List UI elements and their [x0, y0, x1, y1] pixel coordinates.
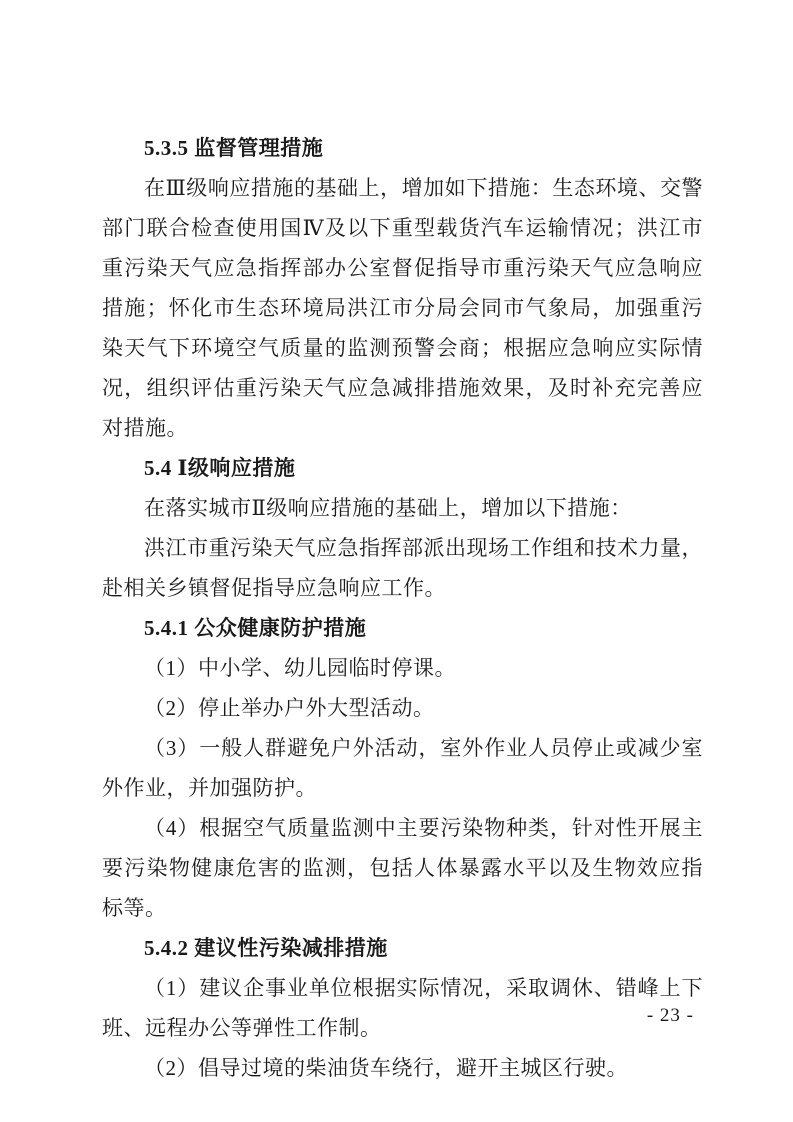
paragraph-level1-workgroup: 洪江市重污染天气应急指挥部派出现场工作组和技术力量，赴相关乡镇督促指导应急响应工… [102, 528, 703, 608]
page-number: - 23 - [647, 1003, 694, 1029]
paragraph-level1-intro: 在落实城市Ⅱ级响应措施的基础上，增加以下措施： [102, 488, 703, 528]
paragraph-health-item-3: （3）一般人群避免户外活动，室外作业人员停止或减少室外作业，并加强防护。 [102, 728, 703, 808]
section-heading-5-4-2: 5.4.2 建议性污染减排措施 [102, 928, 703, 968]
section-heading-5-4: 5.4 Ⅰ级响应措施 [102, 448, 703, 488]
paragraph-health-item-1: （1）中小学、幼儿园临时停课。 [102, 648, 703, 688]
paragraph-health-item-4: （4）根据空气质量监测中主要污染物种类，针对性开展主要污染物健康危害的监测，包括… [102, 808, 703, 928]
paragraph-emission-item-2: （2）倡导过境的柴油货车绕行，避开主城区行驶。 [102, 1048, 703, 1088]
section-heading-5-4-1: 5.4.1 公众健康防护措施 [102, 608, 703, 648]
section-heading-5-3-5: 5.3.5 监督管理措施 [102, 128, 703, 168]
paragraph-emission-item-1: （1）建议企事业单位根据实际情况，采取调休、错峰上下班、远程办公等弹性工作制。 [102, 968, 703, 1048]
paragraph-health-item-2: （2）停止举办户外大型活动。 [102, 688, 703, 728]
document-page: 5.3.5 监督管理措施 在Ⅲ级响应措施的基础上，增加如下措施：生态环境、交警部… [0, 0, 793, 1122]
paragraph-supervision-measures: 在Ⅲ级响应措施的基础上，增加如下措施：生态环境、交警部门联合检查使用国Ⅳ及以下重… [102, 168, 703, 448]
document-body: 5.3.5 监督管理措施 在Ⅲ级响应措施的基础上，增加如下措施：生态环境、交警部… [102, 128, 703, 1088]
